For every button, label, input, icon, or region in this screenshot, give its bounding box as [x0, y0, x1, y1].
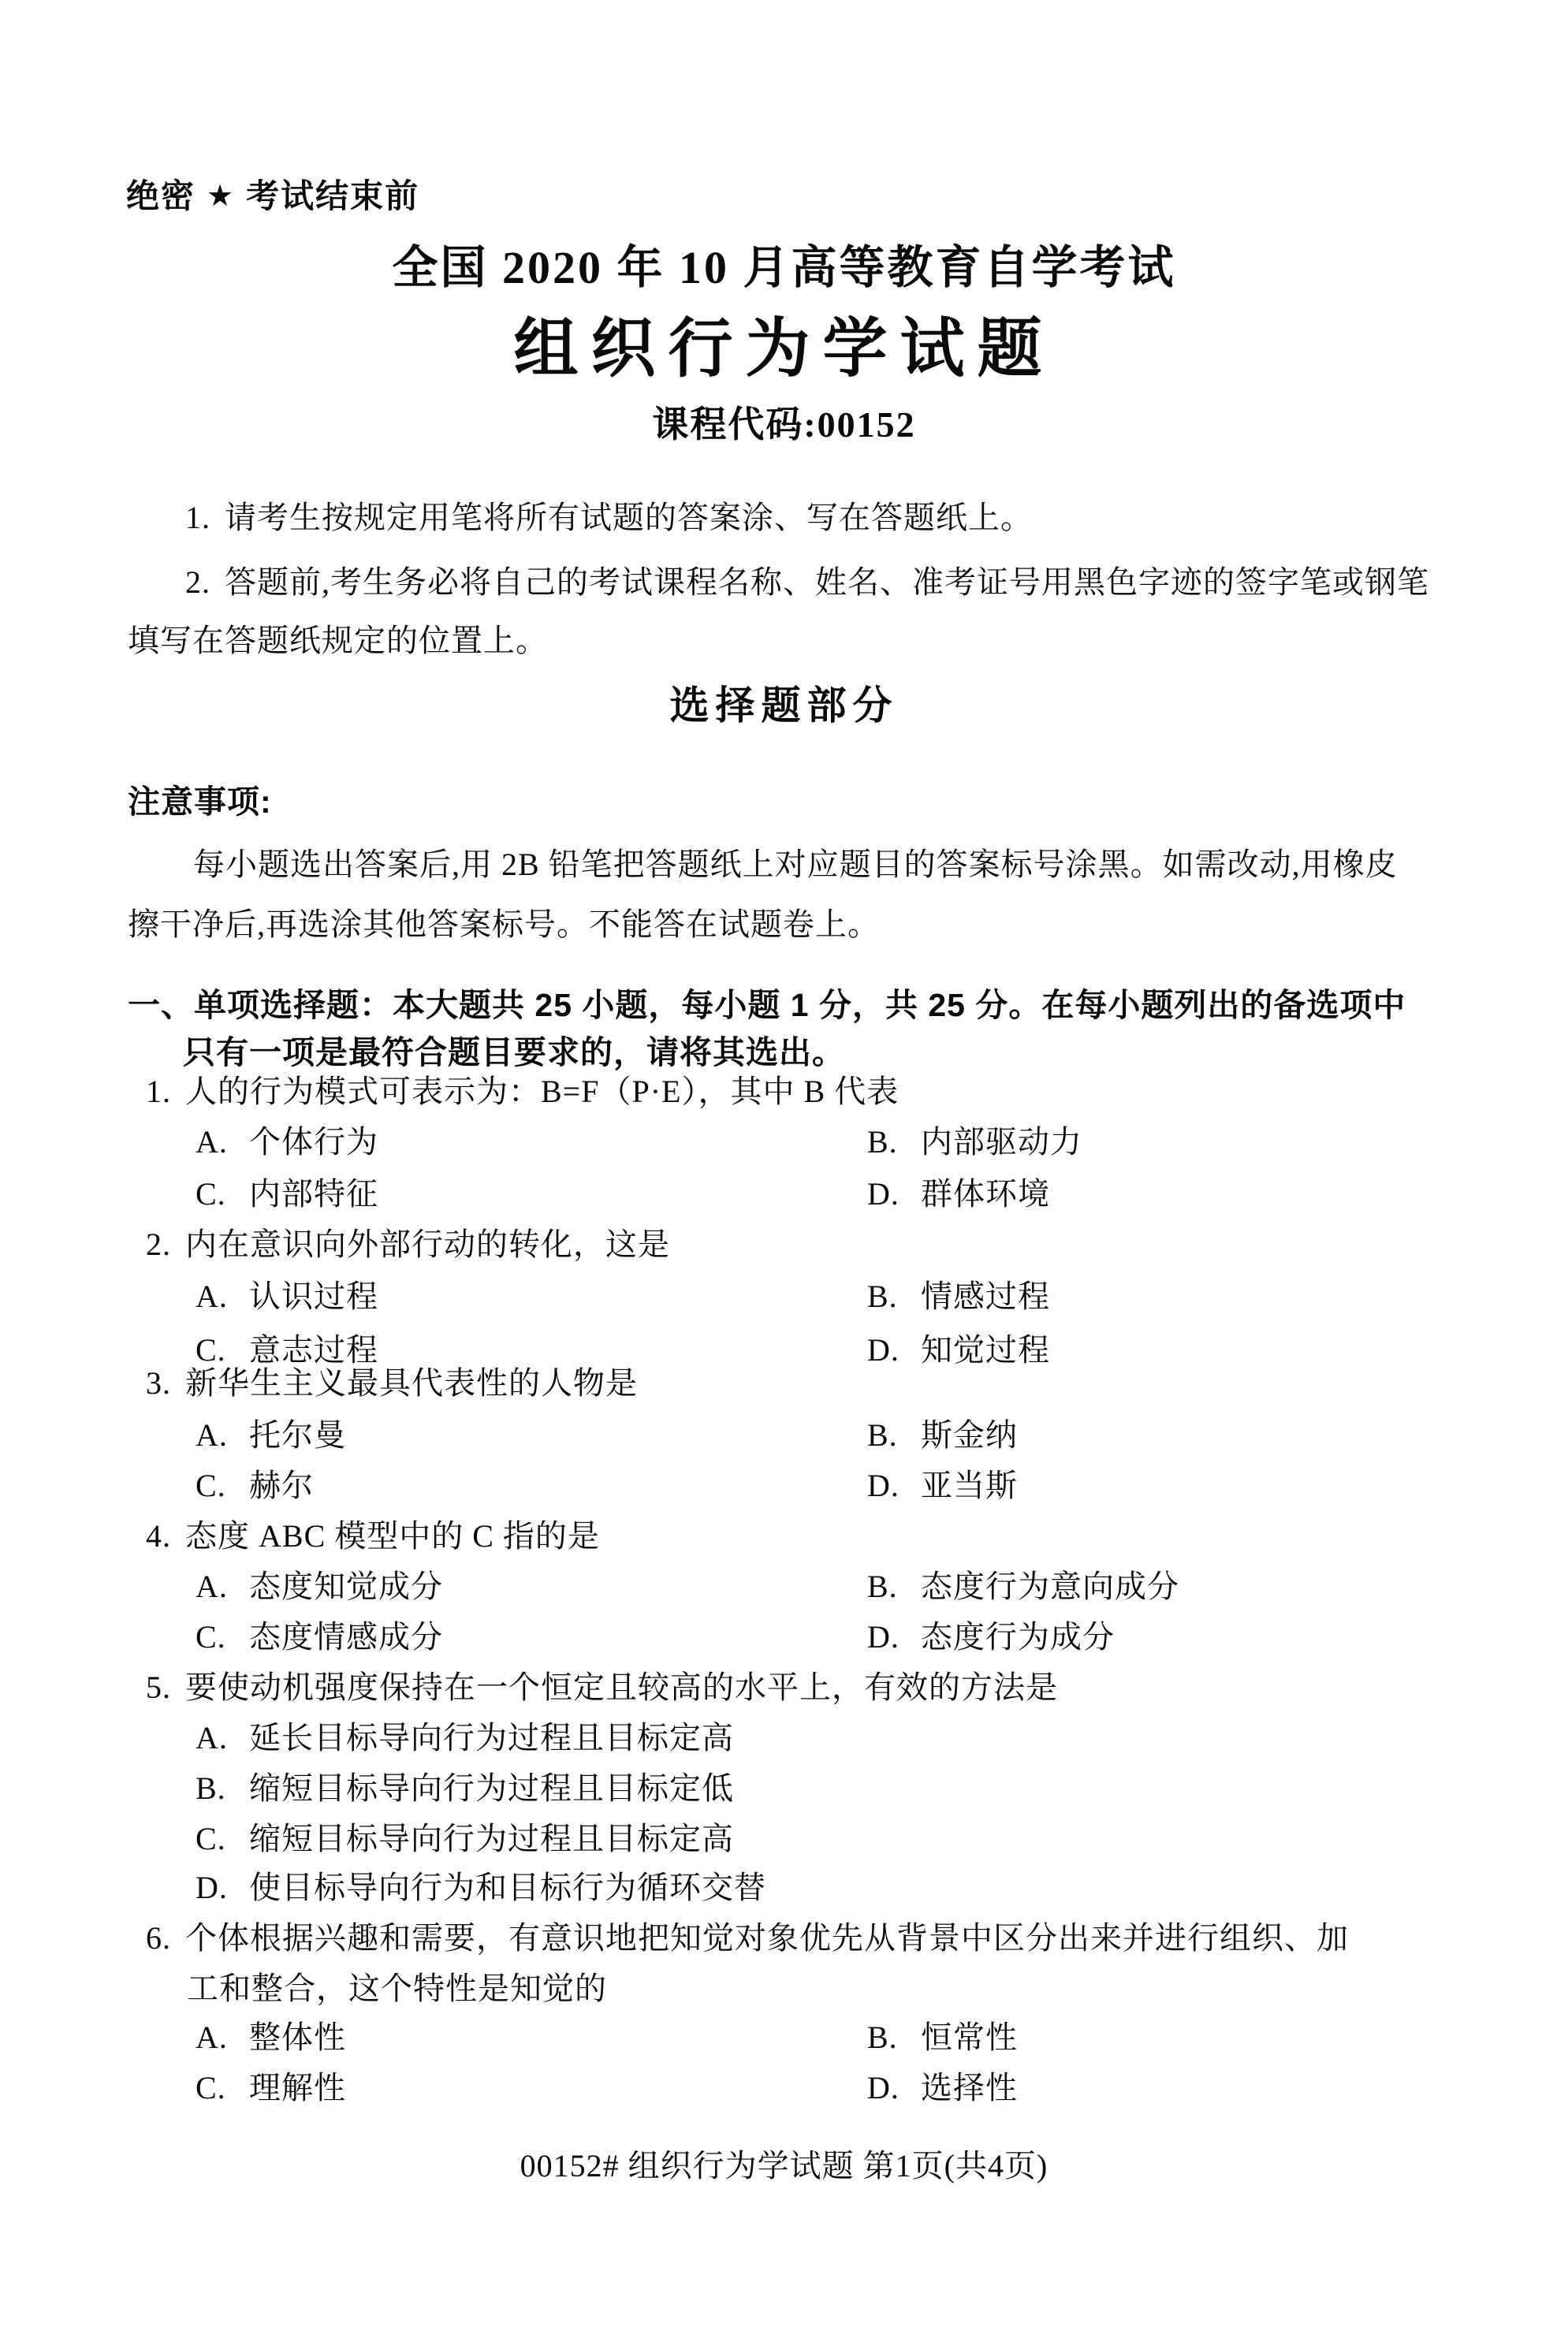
question-5-stem: 5.要使动机强度保持在一个恒定且较高的水平上，有效的方法是	[146, 1670, 1058, 1706]
instruction-1: 1.请考生按规定用笔将所有试题的答案涂、写在答题纸上。	[185, 500, 1033, 536]
page-footer: 00152# 组织行为学试题 第1页(共4页)	[0, 2141, 1568, 2186]
question-3-option-c: C.赫尔	[196, 1468, 314, 1504]
part-title: 选择题部分	[0, 684, 1568, 728]
question-4-option-b: B.态度行为意向成分	[867, 1569, 1179, 1605]
question-6-number: 6.	[146, 1920, 185, 1956]
question-4-option-d: D.态度行为成分	[867, 1619, 1115, 1655]
secrecy-banner: 绝密★考试结束前	[126, 180, 419, 213]
question-5-option-b: B.缩短目标导向行为过程且目标定低	[196, 1770, 734, 1807]
question-2-number: 2.	[146, 1227, 185, 1263]
question-4-stem: 4.态度 ABC 模型中的 C 指的是	[146, 1518, 600, 1554]
question-1-text: 人的行为模式可表示为：B=F（P·E），其中 B 代表	[185, 1074, 899, 1109]
star-icon: ★	[207, 180, 235, 213]
question-2-option-c: C.意志过程	[196, 1332, 378, 1368]
question-3-stem: 3.新华生主义最具代表性的人物是	[146, 1365, 638, 1402]
secrecy-note: 考试结束前	[246, 177, 419, 214]
question-6-stem-line1: 6.个体根据兴趣和需要，有意识地把知觉对象优先从背景中区分出来并进行组织、加	[146, 1920, 1349, 1956]
secrecy-label: 绝密	[126, 177, 196, 214]
notice-title: 注意事项:	[128, 784, 272, 821]
instruction-2-line2: 填写在答题纸规定的位置上。	[128, 623, 548, 659]
question-4-text: 态度 ABC 模型中的 C 指的是	[185, 1518, 600, 1554]
question-2-option-b: B.情感过程	[867, 1279, 1050, 1315]
course-code: 课程代码:00152	[0, 405, 1568, 445]
instruction-1-number: 1.	[185, 500, 225, 536]
question-6-option-d: D.选择性	[867, 2070, 1018, 2106]
question-1-option-d: D.群体环境	[867, 1176, 1050, 1212]
question-2-option-a: A.认识过程	[196, 1279, 378, 1315]
question-5-option-c: C.缩短目标导向行为过程且目标定高	[196, 1821, 734, 1857]
notice-line1: 每小题选出答案后,用 2B 铅笔把答题纸上对应题目的答案标号涂黑。如需改动,用橡…	[193, 847, 1398, 883]
question-3-option-a: A.托尔曼	[196, 1417, 346, 1454]
question-5-option-d: D.使目标导向行为和目标行为循环交替	[196, 1870, 766, 1906]
instruction-2-number: 2.	[185, 564, 225, 601]
instruction-1-text: 请考生按规定用笔将所有试题的答案涂、写在答题纸上。	[225, 500, 1033, 535]
question-4-option-a: A.态度知觉成分	[196, 1569, 443, 1605]
question-4-option-c: C.态度情感成分	[196, 1619, 443, 1655]
notice-line2: 擦干净后,再选涂其他答案标号。不能答在试题卷上。	[128, 907, 880, 943]
exam-paper-page: 绝密★考试结束前 全国 2020 年 10 月高等教育自学考试 组织行为学试题 …	[0, 0, 1568, 2338]
question-5-option-a: A.延长目标导向行为过程且目标定高	[196, 1720, 734, 1756]
instruction-2-text: 答题前,考生务必将自己的考试课程名称、姓名、准考证号用黑色字迹的签字笔或钢笔	[225, 564, 1429, 600]
question-2-text: 内在意识向外部行动的转化，这是	[185, 1227, 670, 1262]
question-2-stem: 2.内在意识向外部行动的转化，这是	[146, 1227, 670, 1263]
exam-name-title: 组织行为学试题	[0, 314, 1568, 385]
question-6-option-c: C.理解性	[196, 2070, 346, 2106]
question-2-option-d: D.知觉过程	[867, 1332, 1050, 1368]
question-3-text: 新华生主义最具代表性的人物是	[185, 1365, 638, 1401]
question-1-option-a: A.个体行为	[196, 1124, 378, 1160]
question-3-option-b: B.斯金纳	[867, 1417, 1018, 1454]
question-3-option-d: D.亚当斯	[867, 1468, 1018, 1504]
mc-section-heading-line2: 只有一项是最符合题目要求的，请将其选出。	[183, 1034, 845, 1071]
question-1-option-b: B.内部驱动力	[867, 1124, 1082, 1160]
question-5-number: 5.	[146, 1670, 185, 1706]
exam-session-title: 全国 2020 年 10 月高等教育自学考试	[0, 243, 1568, 293]
question-1-option-c: C.内部特征	[196, 1176, 378, 1212]
instruction-2-line1: 2.答题前,考生务必将自己的考试课程名称、姓名、准考证号用黑色字迹的签字笔或钢笔	[185, 564, 1429, 601]
mc-section-heading-line1: 一、单项选择题：本大题共 25 小题，每小题 1 分，共 25 分。在每小题列出…	[128, 987, 1406, 1024]
question-6-stem-line2: 工和整合，这个特性是知觉的	[187, 1971, 607, 2007]
question-6-option-b: B.恒常性	[867, 2020, 1018, 2056]
question-5-text: 要使动机强度保持在一个恒定且较高的水平上，有效的方法是	[185, 1670, 1058, 1705]
question-6-option-a: A.整体性	[196, 2020, 346, 2056]
question-4-number: 4.	[146, 1518, 185, 1554]
question-1-number: 1.	[146, 1074, 185, 1110]
question-6-text-line1: 个体根据兴趣和需要，有意识地把知觉对象优先从背景中区分出来并进行组织、加	[185, 1920, 1349, 1956]
question-1-stem: 1.人的行为模式可表示为：B=F（P·E），其中 B 代表	[146, 1074, 899, 1110]
question-3-number: 3.	[146, 1365, 185, 1402]
